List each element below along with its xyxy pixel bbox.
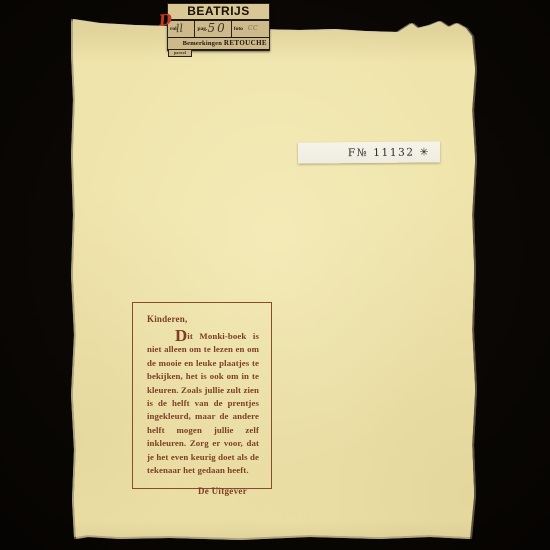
archive-label-slip: D BEATRIJS rol. ll pag. 50 foto cc Bemer… [167,3,270,51]
note-paragraph: Dit Monki-boek is niet alleen om te leze… [147,330,259,477]
note-body-text: it Monki-boek is niet alleen om te lezen… [147,331,259,475]
document-paper [0,0,550,550]
label-title: BEATRIJS [168,4,269,21]
note-dropcap: D [175,326,187,345]
field-pag-label: pag. [197,26,207,32]
number-sticker: F№ 11132 ✳ [298,141,440,163]
torn-paper-wrap [0,0,550,550]
field-rol: rol. ll [168,21,195,37]
field-pag-value: 50 [207,21,226,35]
remarks-label: Bemerkingen [183,40,222,47]
field-foto: foto cc [232,21,269,37]
label-fields-row: rol. ll pag. 50 foto cc [168,21,269,38]
publisher-note-box: Kinderen, Dit Monki-boek is niet alleen … [132,302,272,489]
field-rol-value: ll [176,22,184,35]
field-foto-label: foto [234,26,243,32]
note-signature: De Uitgever [147,486,259,496]
remarks-value: RETOUCHE [224,39,267,47]
field-pag: pag. 50 [195,21,231,37]
label-stamp-box: parool [168,49,192,57]
field-foto-value: cc [248,23,258,33]
paper-vignette [0,0,550,550]
sticker-number-text: F№ 11132 ✳ [348,146,430,159]
photo-of-archive-document: D BEATRIJS rol. ll pag. 50 foto cc Bemer… [0,0,550,550]
note-salutation: Kinderen, [147,314,259,324]
paper-bottom-shading [0,0,550,550]
paper-top-shading [0,0,550,550]
